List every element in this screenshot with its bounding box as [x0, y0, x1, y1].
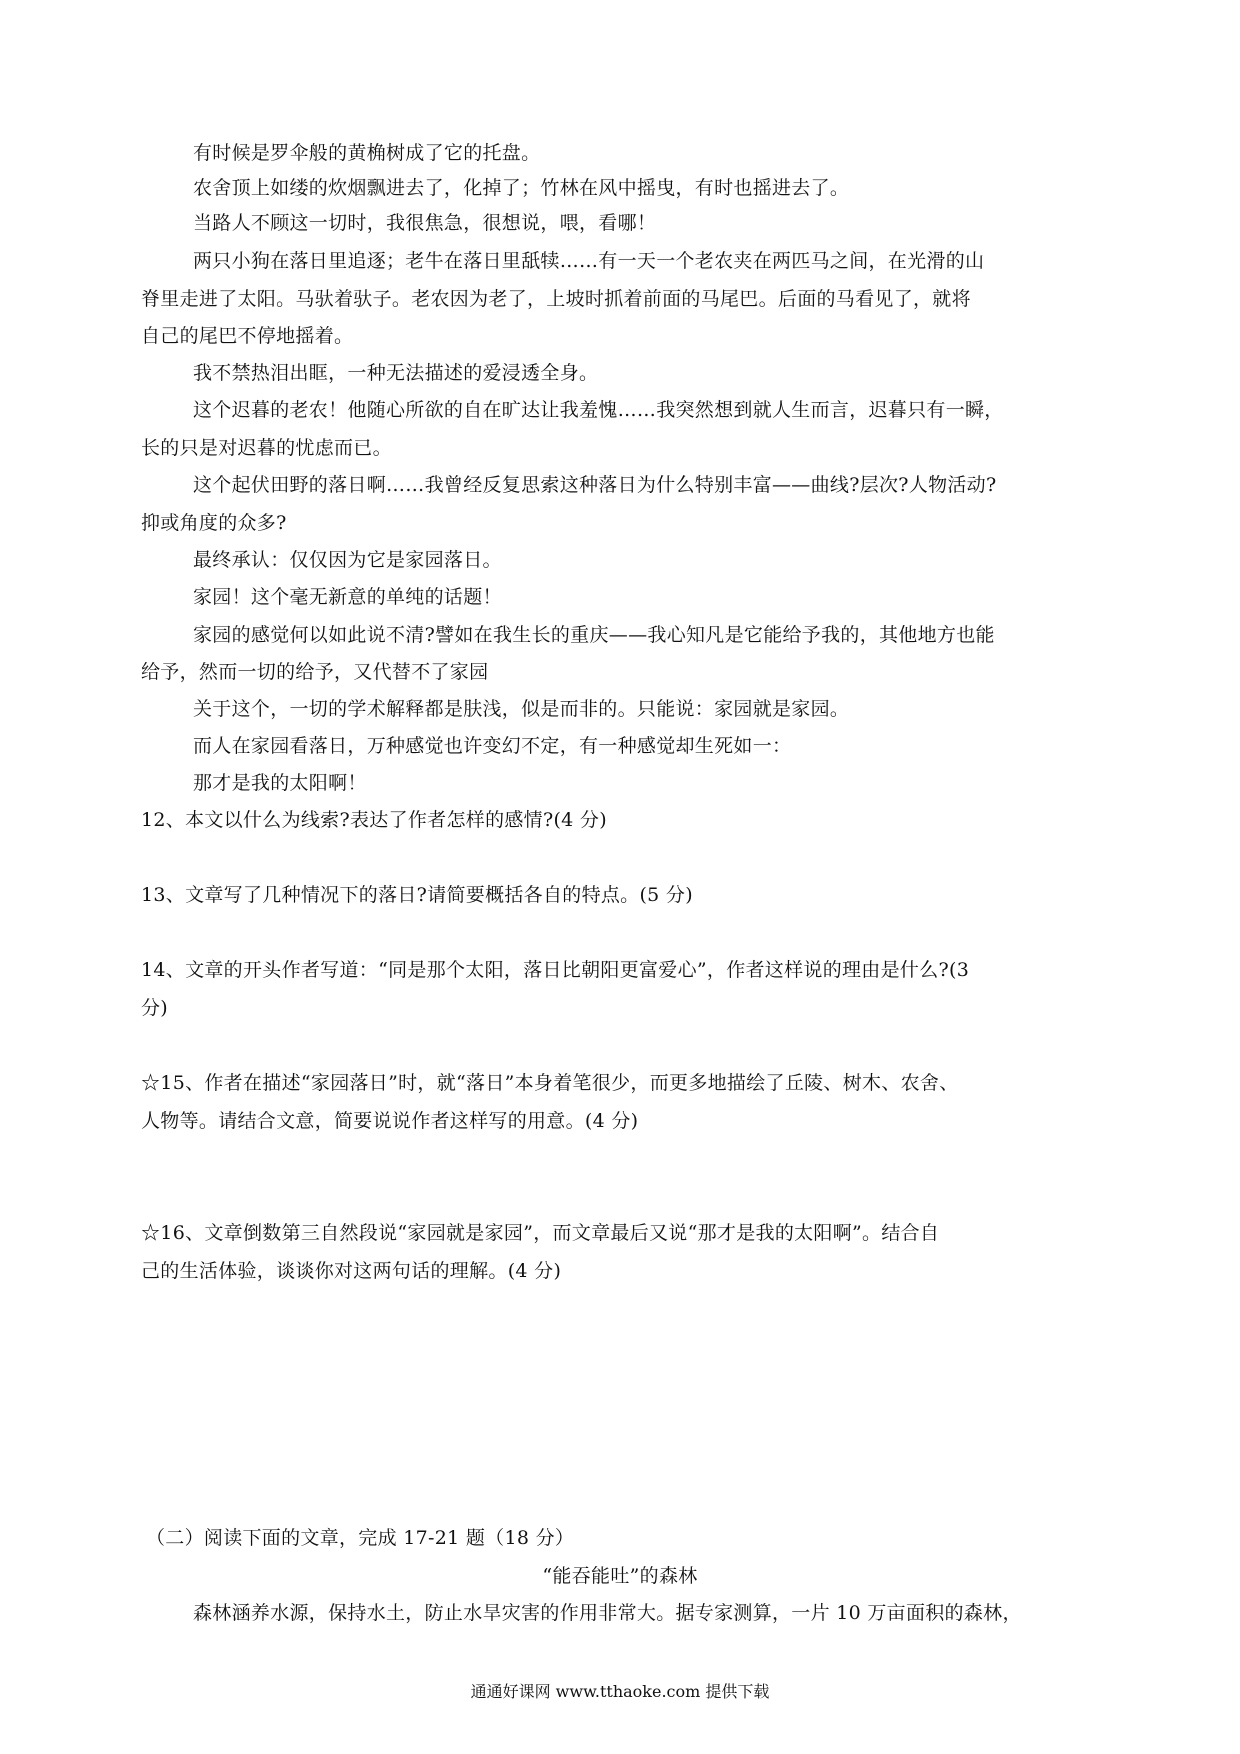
paragraph-line: 森林涵养水源，保持水土，防止水旱灾害的作用非常大。据专家测算，一片 10 万亩面… [193, 1601, 1158, 1625]
paragraph-line: 家园的感觉何以如此说不清?譬如在我生长的重庆——我心知凡是它能给予我的，其他地方… [193, 623, 1158, 647]
question-16-cont: 己的生活体验，谈谈你对这两句话的理解。(4 分) [141, 1259, 1106, 1283]
paragraph-line: 我不禁热泪出眶，一种无法描述的爱浸透全身。 [193, 361, 1158, 385]
paragraph-line: 抑或角度的众多? [141, 511, 1106, 535]
question-14-cont: 分) [141, 996, 1106, 1020]
paragraph-line: 长的只是对迟暮的忧虑而已。 [141, 436, 1106, 460]
paragraph-line: 那才是我的太阳啊！ [193, 771, 1158, 795]
paragraph-line: 最终承认：仅仅因为它是家园落日。 [193, 548, 1158, 572]
article-title: “能吞能吐”的森林 [0, 1564, 1240, 1588]
paragraph-line: 而人在家园看落日，万种感觉也许变幻不定，有一种感觉却生死如一： [193, 734, 1158, 758]
page-footer: 通通好课网 www.tthaoke.com 提供下载 [0, 1682, 1240, 1702]
paragraph-line: 两只小狗在落日里追逐；老牛在落日里舐犊……有一天一个老农夹在两匹马之间，在光滑的… [193, 249, 1158, 273]
paragraph-line: 脊里走进了太阳。马驮着驮子。老农因为老了，上坡时抓着前面的马尾巴。后面的马看见了… [141, 287, 1106, 311]
question-13: 13、文章写了几种情况下的落日?请简要概括各自的特点。(5 分) [141, 883, 1106, 907]
question-15-cont: 人物等。请结合文意，简要说说作者这样写的用意。(4 分) [141, 1109, 1106, 1133]
question-16: ☆16、文章倒数第三自然段说“家园就是家园”，而文章最后又说“那才是我的太阳啊”… [141, 1221, 1106, 1245]
question-14: 14、文章的开头作者写道：“同是那个太阳，落日比朝阳更富爱心”，作者这样说的理由… [141, 958, 1106, 982]
section-heading: （二）阅读下面的文章，完成 17-21 题（18 分） [146, 1526, 1111, 1550]
paragraph-line: 家园！这个毫无新意的单纯的话题！ [193, 585, 1158, 609]
paragraph-line: 当路人不顾这一切时，我很焦急，很想说，喂，看哪！ [193, 211, 1158, 235]
paragraph-line: 这个起伏田野的落日啊……我曾经反复思索这种落日为什么特别丰富——曲线?层次?人物… [193, 473, 1158, 497]
question-12: 12、本文以什么为线索?表达了作者怎样的感情?(4 分) [141, 808, 1106, 832]
paragraph-line: 这个迟暮的老农！他随心所欲的自在旷达让我羞愧……我突然想到就人生而言，迟暮只有一… [193, 398, 1158, 422]
paragraph-line: 关于这个，一切的学术解释都是肤浅，似是而非的。只能说：家园就是家园。 [193, 697, 1158, 721]
paragraph-line: 农舍顶上如缕的炊烟飘进去了，化掉了；竹林在风中摇曳，有时也摇进去了。 [193, 176, 1158, 200]
question-15: ☆15、作者在描述“家园落日”时，就“落日”本身着笔很少，而更多地描绘了丘陵、树… [141, 1071, 1106, 1095]
paragraph-line: 给予，然而一切的给予，又代替不了家园 [141, 660, 1106, 684]
paragraph-line: 有时候是罗伞般的黄桷树成了它的托盘。 [193, 141, 1158, 165]
document-page: 有时候是罗伞般的黄桷树成了它的托盘。 农舍顶上如缕的炊烟飘进去了，化掉了；竹林在… [0, 0, 1240, 1754]
paragraph-line: 自己的尾巴不停地摇着。 [141, 324, 1106, 348]
